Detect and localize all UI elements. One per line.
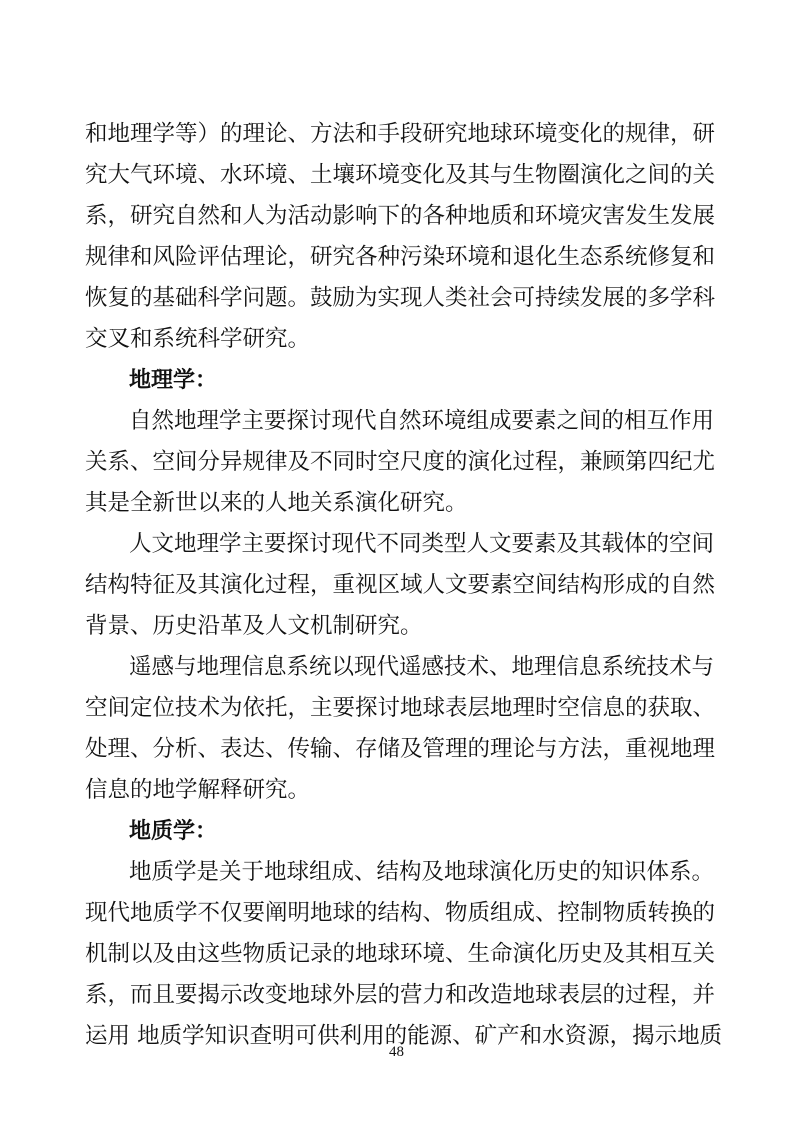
text-line: 遥感与地理信息系统以现代遥感技术、地理信息系统技术与 <box>85 647 711 688</box>
paragraph-human-geography: 人文地理学主要探讨现代不同类型人文要素及其载体的空间 结构特征及其演化过程，重视… <box>85 524 711 647</box>
text-line: 恢复的基础科学问题。鼓励为实现人类社会可持续发展的多学科 <box>85 278 711 319</box>
text-line: 空间定位技术为依托，主要探讨地球表层地理时空信息的获取、 <box>85 688 711 729</box>
section-geography: 地理学： 自然地理学主要探讨现代自然环境组成要素之间的相互作用 关系、空间分异规… <box>85 360 711 811</box>
text-line: 地质学是关于地球组成、结构及地球演化历史的知识体系。 <box>85 852 711 893</box>
page-number: 48 <box>0 1044 793 1061</box>
paragraph-physical-geography: 自然地理学主要探讨现代自然环境组成要素之间的相互作用 关系、空间分异规律及不同时… <box>85 401 711 524</box>
body-text: 和地理学等）的理论、方法和手段研究地球环境变化的规律，研 究大气环境、水环境、土… <box>85 114 711 1057</box>
text-line: 系，而且要揭示改变地球外层的营力和改造地球表层的过程，并 <box>85 975 711 1016</box>
section-heading-geology: 地质学： <box>85 811 711 852</box>
text-line: 信息的地学解释研究。 <box>85 770 711 811</box>
section-heading-geography: 地理学： <box>85 360 711 401</box>
text-line: 背景、历史沿革及人文机制研究。 <box>85 606 711 647</box>
text-line: 人文地理学主要探讨现代不同类型人文要素及其载体的空间 <box>85 524 711 565</box>
text-line: 和地理学等）的理论、方法和手段研究地球环境变化的规律，研 <box>85 114 711 155</box>
text-line: 处理、分析、表达、传输、存储及管理的理论与方法，重视地理 <box>85 729 711 770</box>
text-line: 规律和风险评估理论，研究各种污染环境和退化生态系统修复和 <box>85 237 711 278</box>
text-line: 自然地理学主要探讨现代自然环境组成要素之间的相互作用 <box>85 401 711 442</box>
text-line: 其是全新世以来的人地关系演化研究。 <box>85 483 711 524</box>
text-line: 交叉和系统科学研究。 <box>85 319 711 360</box>
document-page: 和地理学等）的理论、方法和手段研究地球环境变化的规律，研 究大气环境、水环境、土… <box>0 0 793 1122</box>
text-line: 结构特征及其演化过程，重视区域人文要素空间结构形成的自然 <box>85 565 711 606</box>
text-line: 究大气环境、水环境、土壤环境变化及其与生物圈演化之间的关 <box>85 155 711 196</box>
section-geology: 地质学： 地质学是关于地球组成、结构及地球演化历史的知识体系。 现代地质学不仅要… <box>85 811 711 1057</box>
paragraph-remote-sensing-gis: 遥感与地理信息系统以现代遥感技术、地理信息系统技术与 空间定位技术为依托，主要探… <box>85 647 711 811</box>
text-line: 关系、空间分异规律及不同时空尺度的演化过程，兼顾第四纪尤 <box>85 442 711 483</box>
paragraph-environment: 和地理学等）的理论、方法和手段研究地球环境变化的规律，研 究大气环境、水环境、土… <box>85 114 711 360</box>
paragraph-geology: 地质学是关于地球组成、结构及地球演化历史的知识体系。 现代地质学不仅要阐明地球的… <box>85 852 711 1057</box>
text-line: 机制以及由这些物质记录的地球环境、生命演化历史及其相互关 <box>85 934 711 975</box>
text-line: 现代地质学不仅要阐明地球的结构、物质组成、控制物质转换的 <box>85 893 711 934</box>
text-line: 系，研究自然和人为活动影响下的各种地质和环境灾害发生发展 <box>85 196 711 237</box>
